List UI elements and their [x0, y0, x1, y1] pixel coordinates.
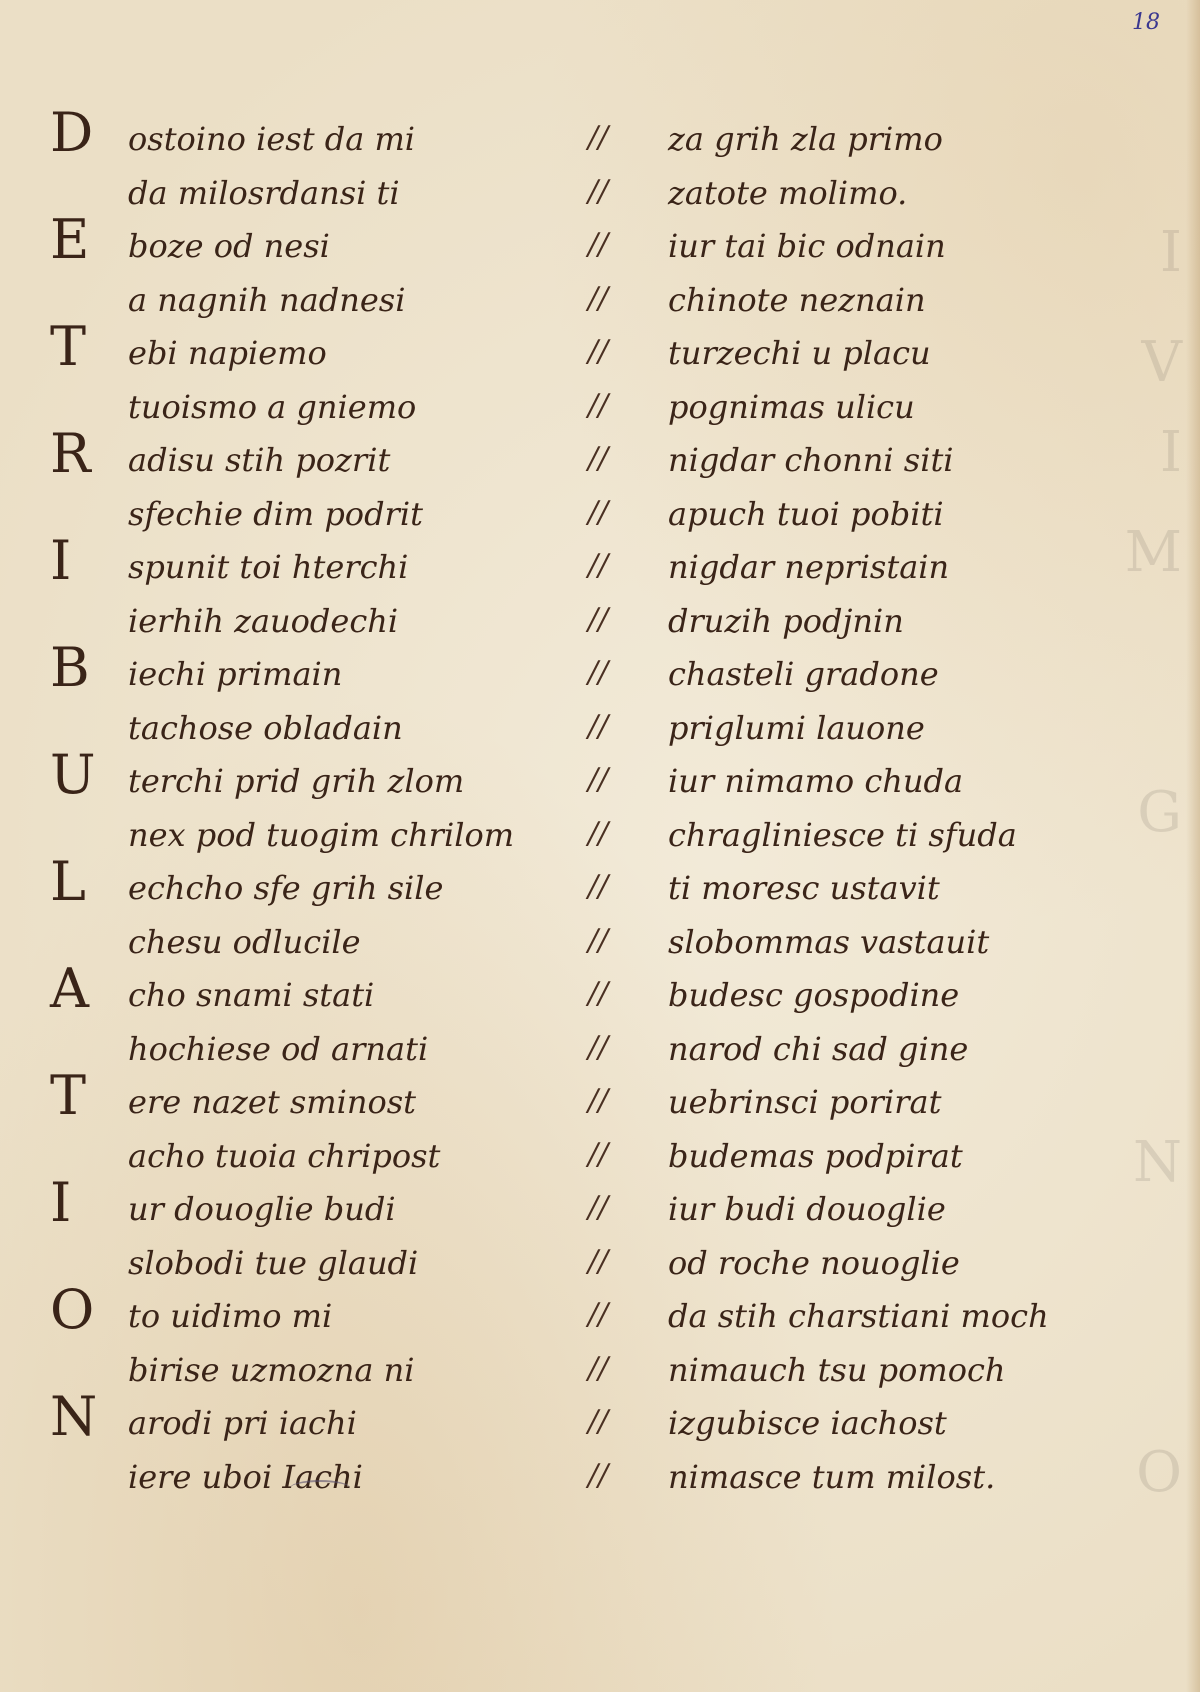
verse-line: ierhih zauodechi//druzih podjnin [0, 602, 1200, 656]
separator: // [588, 1244, 628, 1279]
separator: // [588, 441, 628, 476]
left-half-line: ierhih zauodechi [128, 602, 398, 640]
left-half-line: chesu odlucile [128, 923, 361, 961]
separator: // [588, 281, 628, 316]
right-half-line: narod chi sad gine [668, 1030, 968, 1068]
left-half-line: ere nazet sminost [128, 1083, 416, 1121]
verse-line: Iur douoglie budi//iur budi douoglie [0, 1190, 1200, 1244]
verse-line: slobodi tue glaudi//od roche nouoglie [0, 1244, 1200, 1298]
separator: // [588, 1404, 628, 1439]
folio-number: 18 [1132, 10, 1160, 35]
right-half-line: pognimas ulicu [668, 388, 915, 426]
right-half-line: nigdar chonni siti [668, 441, 954, 479]
left-half-line: ostoino iest da mi [128, 120, 415, 158]
initial-letter: U [50, 748, 120, 802]
ink-smudge [290, 1480, 350, 1496]
right-half-line: priglumi lauone [668, 709, 925, 747]
separator: // [588, 655, 628, 690]
right-half-line: za grih zla primo [668, 120, 943, 158]
separator: // [588, 1351, 628, 1386]
separator: // [588, 709, 628, 744]
initial-letter: I [50, 534, 120, 588]
verse-line: Ispunit toi hterchi//nigdar nepristain [0, 548, 1200, 602]
separator: // [588, 227, 628, 262]
separator: // [588, 869, 628, 904]
verse-line: chesu odlucile//slobommas vastauit [0, 923, 1200, 977]
verse-line: Radisu stih pozrit//nigdar chonni siti [0, 441, 1200, 495]
right-half-line: nigdar nepristain [668, 548, 949, 586]
left-half-line: acho tuoia chripost [128, 1137, 440, 1175]
separator: // [588, 976, 628, 1011]
separator: // [588, 1030, 628, 1065]
right-half-line: ti moresc ustavit [668, 869, 940, 907]
right-half-line: zatote molimo. [668, 174, 907, 212]
right-half-line: da stih charstiani moch [668, 1297, 1049, 1335]
separator: // [588, 1458, 628, 1493]
verse-line: Oto uidimo mi//da stih charstiani moch [0, 1297, 1200, 1351]
right-half-line: apuch tuoi pobiti [668, 495, 944, 533]
right-half-line: nimauch tsu pomoch [668, 1351, 1006, 1389]
left-half-line: ur douoglie budi [128, 1190, 396, 1228]
left-half-line: nex pod tuogim chrilom [128, 816, 514, 854]
left-half-line: terchi prid grih zlom [128, 762, 464, 800]
separator: // [588, 923, 628, 958]
right-half-line: uebrinsci porirat [668, 1083, 941, 1121]
right-half-line: iur tai bic odnain [668, 227, 946, 265]
right-half-line: slobommas vastauit [668, 923, 989, 961]
left-half-line: ebi napiemo [128, 334, 327, 372]
left-half-line: slobodi tue glaudi [128, 1244, 418, 1282]
separator: // [588, 1083, 628, 1118]
right-half-line: iur nimamo chuda [668, 762, 963, 800]
right-half-line: budemas podpirat [668, 1137, 963, 1175]
initial-letter: R [50, 427, 120, 481]
right-half-line: od roche nouoglie [668, 1244, 960, 1282]
left-half-line: sfechie dim podrit [128, 495, 423, 533]
initial-letter: N [50, 1390, 120, 1444]
left-half-line: cho snami stati [128, 976, 374, 1014]
verse-line: birise uzmozna ni//nimauch tsu pomoch [0, 1351, 1200, 1405]
initial-letter: L [50, 855, 120, 909]
verse-line: da milosrdansi ti//zatote molimo. [0, 174, 1200, 228]
verse-line: Lechcho sfe grih sile//ti moresc ustavit [0, 869, 1200, 923]
initial-letter: A [50, 962, 120, 1016]
initial-letter: T [50, 1069, 120, 1123]
verse-lines: Dostoino iest da mi//za grih zla primo d… [0, 120, 1200, 1511]
left-half-line: iechi primain [128, 655, 342, 693]
verse-line: nex pod tuogim chrilom//chragliniesce ti… [0, 816, 1200, 870]
manuscript-page: 18 I V I M G N O Dostoino iest da mi//za… [0, 0, 1200, 1692]
verse-line: a nagnih nadnesi//chinote neznain [0, 281, 1200, 335]
left-half-line: adisu stih pozrit [128, 441, 390, 479]
verse-line: tuoismo a gniemo//pognimas ulicu [0, 388, 1200, 442]
verse-line: Biechi primain//chasteli gradone [0, 655, 1200, 709]
verse-line: Tebi napiemo//turzechi u placu [0, 334, 1200, 388]
right-half-line: chasteli gradone [668, 655, 939, 693]
verse-line: Dostoino iest da mi//za grih zla primo [0, 120, 1200, 174]
separator: // [588, 1190, 628, 1225]
separator: // [588, 602, 628, 637]
initial-letter: I [50, 1176, 120, 1230]
initial-letter: O [50, 1283, 120, 1337]
separator: // [588, 548, 628, 583]
right-half-line: chragliniesce ti sfuda [668, 816, 1017, 854]
left-half-line: a nagnih nadnesi [128, 281, 405, 319]
verse-line: Uterchi prid grih zlom//iur nimamo chuda [0, 762, 1200, 816]
initial-letter: T [50, 320, 120, 374]
right-half-line: izgubisce iachost [668, 1404, 947, 1442]
right-half-line: chinote neznain [668, 281, 926, 319]
separator: // [588, 174, 628, 209]
separator: // [588, 816, 628, 851]
initial-letter: D [50, 106, 120, 160]
verse-line: tachose obladain//priglumi lauone [0, 709, 1200, 763]
right-half-line: iur budi douoglie [668, 1190, 946, 1228]
left-half-line: spunit toi hterchi [128, 548, 408, 586]
left-half-line: echcho sfe grih sile [128, 869, 443, 907]
separator: // [588, 762, 628, 797]
verse-line: Acho snami stati//budesc gospodine [0, 976, 1200, 1030]
left-half-line: da milosrdansi ti [128, 174, 400, 212]
verse-line: acho tuoia chripost//budemas podpirat [0, 1137, 1200, 1191]
right-half-line: nimasce tum milost. [668, 1458, 995, 1496]
right-half-line: budesc gospodine [668, 976, 959, 1014]
separator: // [588, 388, 628, 423]
separator: // [588, 1297, 628, 1332]
verse-line: Tere nazet sminost//uebrinsci porirat [0, 1083, 1200, 1137]
verse-line: hochiese od arnati//narod chi sad gine [0, 1030, 1200, 1084]
initial-letter: E [50, 213, 120, 267]
verse-line: Narodi pri iachi//izgubisce iachost [0, 1404, 1200, 1458]
verse-line: iere uboi Iachi//nimasce tum milost. [0, 1458, 1200, 1512]
separator: // [588, 334, 628, 369]
left-half-line: hochiese od arnati [128, 1030, 428, 1068]
initial-letter: B [50, 641, 120, 695]
separator: // [588, 495, 628, 530]
separator: // [588, 1137, 628, 1172]
left-half-line: tuoismo a gniemo [128, 388, 416, 426]
left-half-line: arodi pri iachi [128, 1404, 357, 1442]
right-half-line: druzih podjnin [668, 602, 904, 640]
left-half-line: birise uzmozna ni [128, 1351, 414, 1389]
separator: // [588, 120, 628, 155]
left-half-line: tachose obladain [128, 709, 403, 747]
verse-line: sfechie dim podrit//apuch tuoi pobiti [0, 495, 1200, 549]
verse-line: Eboze od nesi//iur tai bic odnain [0, 227, 1200, 281]
left-half-line: to uidimo mi [128, 1297, 332, 1335]
right-half-line: turzechi u placu [668, 334, 931, 372]
left-half-line: boze od nesi [128, 227, 330, 265]
